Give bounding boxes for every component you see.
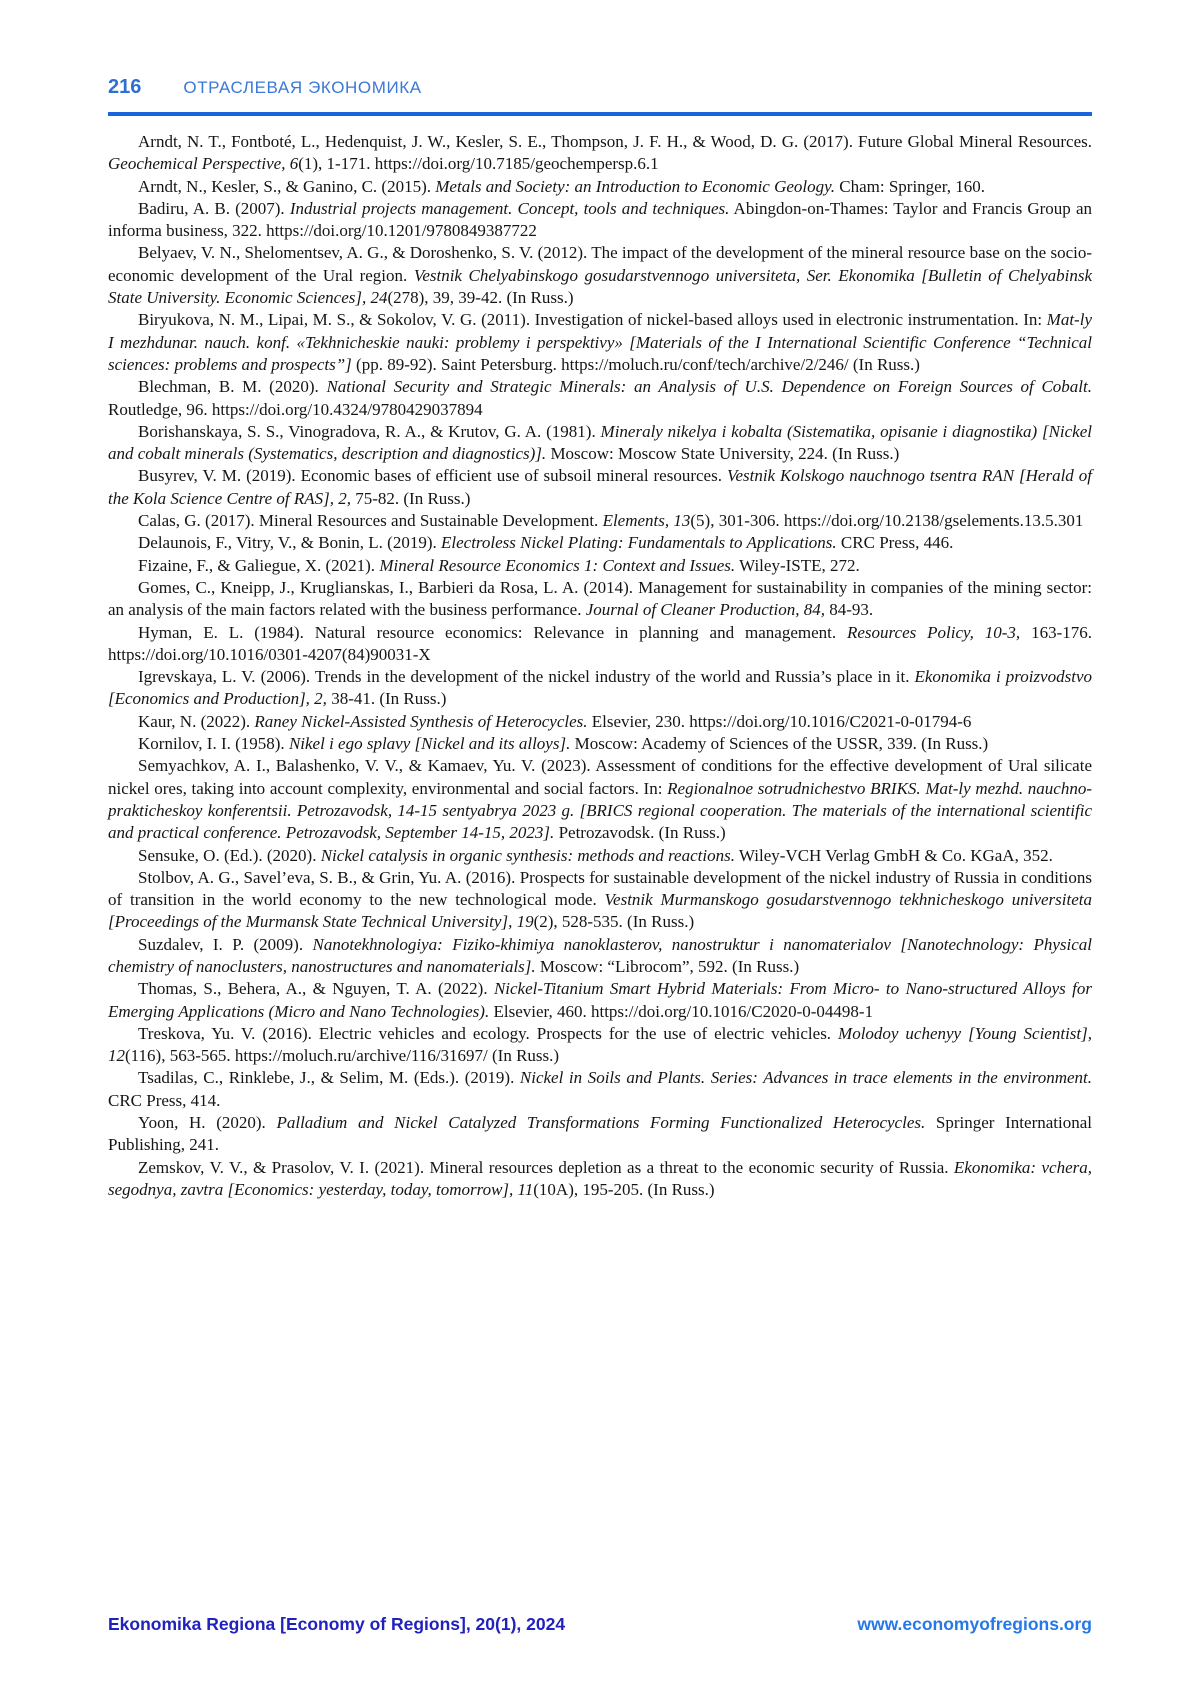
reference-source-italic: Mineral Resource Economics 1: Context an… [379,556,735,575]
reference-source-italic: Elements, 13 [603,511,691,530]
reference-text: (278), 39, 39-42. (In Russ.) [387,288,573,307]
reference-entry: Kaur, N. (2022). Raney Nickel-Assisted S… [108,711,1092,733]
header-rule [108,112,1092,116]
reference-entry: Sensuke, O. (Ed.). (2020). Nickel cataly… [108,845,1092,867]
reference-text: Delaunois, F., Vitry, V., & Bonin, L. (2… [138,533,441,552]
reference-entry: Igrevskaya, L. V. (2006). Trends in the … [108,666,1092,711]
reference-text: (pp. 89-92). Saint Petersburg. https://m… [352,355,920,374]
reference-text: Moscow: “Librocom”, 592. (In Russ.) [536,957,799,976]
reference-entry: Yoon, H. (2020). Palladium and Nickel Ca… [108,1112,1092,1157]
reference-text: 75-82. (In Russ.) [351,489,470,508]
reference-text: Cham: Springer, 160. [835,177,985,196]
reference-entry: Zemskov, V. V., & Prasolov, V. I. (2021)… [108,1157,1092,1202]
reference-text: Thomas, S., Behera, A., & Nguyen, T. A. … [138,979,494,998]
reference-source-italic: Palladium and Nickel Catalyzed Transform… [276,1113,925,1132]
reference-text: Treskova, Yu. V. (2016). Electric vehicl… [138,1024,838,1043]
reference-source-italic: Geochemical Perspective, 6 [108,154,298,173]
reference-entry: Tsadilas, C., Rinklebe, J., & Selim, M. … [108,1067,1092,1112]
reference-text: (116), 563-565. https://moluch.ru/archiv… [125,1046,559,1065]
reference-text: Arndt, N. T., Fontboté, L., Hedenquist, … [138,132,1092,151]
reference-text: (10A), 195-205. (In Russ.) [533,1180,714,1199]
reference-source-italic: Raney Nickel-Assisted Synthesis of Heter… [254,712,587,731]
reference-source-italic: Electroless Nickel Plating: Fundamentals… [441,533,837,552]
reference-source-italic: Nickel catalysis in organic synthesis: m… [321,846,735,865]
reference-text: Sensuke, O. (Ed.). (2020). [138,846,321,865]
reference-text: Arndt, N., Kesler, S., & Ganino, C. (201… [138,177,435,196]
reference-text: Kaur, N. (2022). [138,712,254,731]
reference-entry: Badiru, A. B. (2007). Industrial project… [108,198,1092,243]
reference-source-italic: Industrial projects management. Concept,… [290,199,730,218]
reference-text: Borishanskaya, S. S., Vinogradova, R. A.… [138,422,601,441]
reference-entry: Gomes, C., Kneipp, J., Kruglianskas, I.,… [108,577,1092,622]
reference-text: Tsadilas, C., Rinklebe, J., & Selim, M. … [138,1068,520,1087]
reference-entry: Borishanskaya, S. S., Vinogradova, R. A.… [108,421,1092,466]
reference-text: Elsevier, 230. https://doi.org/10.1016/C… [588,712,972,731]
reference-entry: Calas, G. (2017). Mineral Resources and … [108,510,1092,532]
reference-text: Routledge, 96. https://doi.org/10.4324/9… [108,400,483,419]
reference-text: 84-93. [825,600,873,619]
reference-text: Biryukova, N. M., Lipai, M. S., & Sokolo… [138,310,1047,329]
reference-entry: Thomas, S., Behera, A., & Nguyen, T. A. … [108,978,1092,1023]
reference-entry: Belyaev, V. N., Shelomentsev, A. G., & D… [108,242,1092,309]
reference-entry: Hyman, E. L. (1984). Natural resource ec… [108,622,1092,667]
reference-text: Blechman, B. M. (2020). [138,377,326,396]
reference-entry: Busyrev, V. M. (2019). Economic bases of… [108,465,1092,510]
reference-text: Calas, G. (2017). Mineral Resources and … [138,511,603,530]
reference-text: Busyrev, V. M. (2019). Economic bases of… [138,466,727,485]
journal-page: 216 ОТРАСЛЕВАЯ ЭКОНОМИКА Arndt, N. T., F… [0,0,1200,1699]
reference-text: Fizaine, F., & Galiegue, X. (2021). [138,556,379,575]
reference-entry: Kornilov, I. I. (1958). Nikel i ego spla… [108,733,1092,755]
reference-text: (2), 528-535. (In Russ.) [534,912,695,931]
reference-entry: Blechman, B. M. (2020). National Securit… [108,376,1092,421]
page-footer: Ekonomika Regiona [Economy of Regions], … [108,1614,1092,1635]
reference-entry: Semyachkov, A. I., Balashenko, V. V., & … [108,755,1092,844]
reference-text: Elsevier, 460. https://doi.org/10.1016/C… [489,1002,873,1021]
reference-entry: Treskova, Yu. V. (2016). Electric vehicl… [108,1023,1092,1068]
reference-text: Kornilov, I. I. (1958). [138,734,289,753]
reference-source-italic: National Security and Strategic Minerals… [326,377,1092,396]
reference-text: (1), 1-171. https://doi.org/10.7185/geoc… [298,154,658,173]
reference-source-italic: Journal of Cleaner Production, 84, [586,600,825,619]
reference-text: CRC Press, 446. [837,533,954,552]
reference-entry: Arndt, N., Kesler, S., & Ganino, C. (201… [108,176,1092,198]
reference-text: Igrevskaya, L. V. (2006). Trends in the … [138,667,914,686]
journal-website-link[interactable]: www.economyofregions.org [857,1614,1092,1635]
reference-text: Hyman, E. L. (1984). Natural resource ec… [138,623,847,642]
reference-entry: Suzdalev, I. P. (2009). Nanotekhnologiya… [108,934,1092,979]
reference-entry: Arndt, N. T., Fontboté, L., Hedenquist, … [108,131,1092,176]
page-header: 216 ОТРАСЛЕВАЯ ЭКОНОМИКА [108,76,1092,99]
reference-text: Zemskov, V. V., & Prasolov, V. I. (2021)… [138,1158,954,1177]
reference-text: 38-41. (In Russ.) [327,689,446,708]
reference-text: CRC Press, 414. [108,1091,220,1110]
reference-text: Wiley-ISTE, 272. [735,556,860,575]
reference-entry: Delaunois, F., Vitry, V., & Bonin, L. (2… [108,532,1092,554]
reference-text: (5), 301-306. https://doi.org/10.2138/gs… [690,511,1083,530]
reference-text: Wiley-VCH Verlag GmbH & Co. KGaA, 352. [735,846,1053,865]
page-number: 216 [108,76,141,99]
reference-text: Petrozavodsk. (In Russ.) [554,823,725,842]
reference-entry: Biryukova, N. M., Lipai, M. S., & Sokolo… [108,309,1092,376]
reference-entry: Stolbov, A. G., Savel’eva, S. B., & Grin… [108,867,1092,934]
reference-source-italic: Nikel i ego splavy [Nickel and its alloy… [289,734,570,753]
reference-text: Moscow: Moscow State University, 224. (I… [546,444,899,463]
reference-text: Badiru, A. B. (2007). [138,199,290,218]
reference-text: Moscow: Academy of Sciences of the USSR,… [570,734,988,753]
section-title: ОТРАСЛЕВАЯ ЭКОНОМИКА [183,78,421,98]
reference-source-italic: Nickel in Soils and Plants. Series: Adva… [520,1068,1092,1087]
reference-source-italic: Resources Policy, 10-3, [847,623,1020,642]
reference-entry: Fizaine, F., & Galiegue, X. (2021). Mine… [108,555,1092,577]
references-list: Arndt, N. T., Fontboté, L., Hedenquist, … [108,131,1092,1201]
reference-text: Yoon, H. (2020). [138,1113,276,1132]
journal-citation: Ekonomika Regiona [Economy of Regions], … [108,1614,565,1635]
reference-source-italic: Metals and Society: an Introduction to E… [435,177,835,196]
reference-text: Suzdalev, I. P. (2009). [138,935,313,954]
